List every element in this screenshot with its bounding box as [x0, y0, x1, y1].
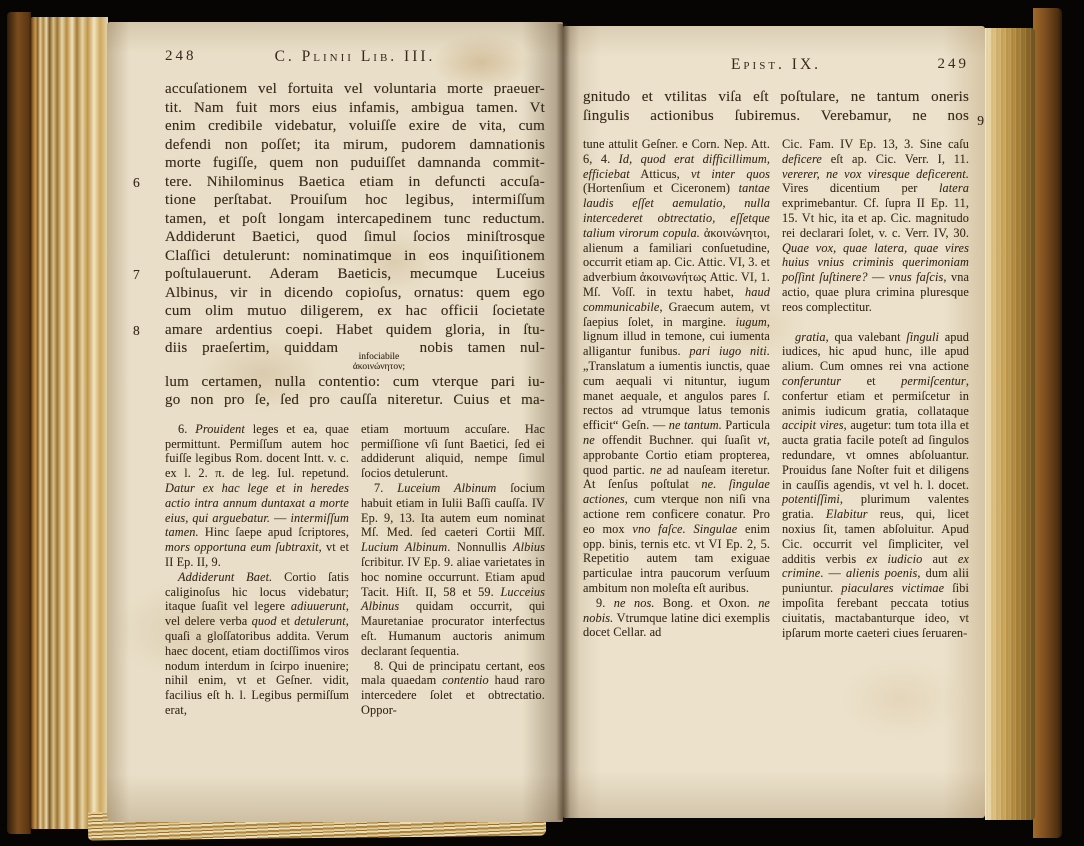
commentary-notes: 6. Prouident leges et ea, quae permittun…: [165, 422, 545, 718]
book-cover-left-edge: [7, 12, 31, 834]
body-line: defendi non poſſet; ita mirum, pudorem d…: [165, 136, 545, 155]
body-line: accuſationem vel fortuita vel voluntaria…: [165, 80, 545, 99]
note-paragraph: 8. Qui de principatu certant, eos mala q…: [361, 659, 545, 718]
commentary-notes: tune attulit Geſner. e Corn. Nep. Att. 6…: [583, 137, 969, 640]
note-paragraph: gratia, qua valebant ſinguli apud iudice…: [782, 330, 969, 641]
notes-column-2: Cic. Fam. IV Ep. 13, 3. Sine caſu defice…: [782, 137, 969, 640]
running-title: C. Plinii Lib. III.: [165, 48, 545, 66]
note-paragraph: 6. Prouident leges et ea, quae permittun…: [165, 422, 349, 570]
body-line: diis praeſertim, quiddam infociabileἀκοι…: [165, 339, 545, 373]
notes-column-2: etiam mortuum accuſare. Hac permiſſione …: [361, 422, 545, 718]
section-number: 8: [133, 322, 140, 341]
right-page-header: Epist. IX. 249: [583, 56, 969, 76]
note-paragraph: etiam mortuum accuſare. Hac permiſſione …: [361, 422, 545, 481]
body-line: enim credibile videbatur, voluiſſe exire…: [165, 117, 545, 136]
running-title: Epist. IX.: [583, 56, 969, 74]
body-line: Addiderunt Baetici, quod ſimul ſocios mi…: [165, 228, 545, 247]
book: 248 C. Plinii Lib. III. accuſationem vel…: [0, 0, 1084, 846]
body-line: tamen, et poſt longam intercapedinem tun…: [165, 210, 545, 229]
section-number: 9: [977, 112, 984, 131]
body-line: Claſſici detulerunt: nominatimque in eos…: [165, 247, 545, 266]
left-page: 248 C. Plinii Lib. III. accuſationem vel…: [107, 22, 563, 822]
notes-column-1: tune attulit Geſner. e Corn. Nep. Att. 6…: [583, 137, 770, 640]
body-line: tit. Nam fuit mors eius infamis, ambigua…: [165, 99, 545, 118]
note-paragraph: 9. ne nos. Bong. et Oxon. ne nobis. Vtru…: [583, 596, 770, 640]
note-paragraph: 7. Luceium Albinum ſocium habuit etiam i…: [361, 481, 545, 659]
body-line: morte fugiſſe, quem non puduiſſet damnan…: [165, 154, 545, 173]
note-paragraph: Addiderunt Baet. Cortio ſatis caliginoſu…: [165, 570, 349, 718]
body-line: cum olim mutuo diligerem, ex hac officii…: [165, 302, 545, 321]
section-number: 7: [133, 266, 140, 285]
notes-column-1: 6. Prouident leges et ea, quae permittun…: [165, 422, 349, 718]
book-cover-right-edge: [1033, 8, 1062, 838]
main-text: gnitudo et vtilitas viſa eſt poſtulare, …: [583, 88, 969, 125]
body-line: gnitudo et vtilitas viſa eſt poſtulare, …: [583, 88, 969, 107]
interlinear-gloss: infociabileἀκοινώνητον;: [353, 352, 405, 373]
body-line: lum certamen, nulla contentio: cum vterq…: [165, 373, 545, 392]
left-page-header: 248 C. Plinii Lib. III.: [165, 48, 545, 68]
body-line: 9ſingulis actionibus ſubiremus. Verebamu…: [583, 107, 969, 126]
body-line: tione perſtabat. Prouiſum hoc legibus, i…: [165, 191, 545, 210]
note-paragraph: Cic. Fam. IV Ep. 13, 3. Sine caſu defice…: [782, 137, 969, 315]
section-number: 6: [133, 174, 140, 193]
note-paragraph: tune attulit Geſner. e Corn. Nep. Att. 6…: [583, 137, 770, 596]
page-number: 249: [938, 56, 970, 73]
body-line: go non pro ſe, ſed pro cauſſa niteretur.…: [165, 391, 545, 410]
body-line: 6tere. Nihilominus Baetica etiam in defu…: [165, 173, 545, 192]
body-line: 7poſtulauerunt. Aderam Baeticis, mecumqu…: [165, 265, 545, 284]
main-text: accuſationem vel fortuita vel voluntaria…: [165, 80, 545, 410]
page-stack-left-edge: [30, 17, 108, 829]
body-line: 8amare ardentius coepi. Habet quidem glo…: [165, 321, 545, 340]
body-line: Albinus, vir in dicendo copioſus, ornatu…: [165, 284, 545, 303]
gilt-page-edge: [985, 28, 1035, 820]
right-page: Epist. IX. 249 gnitudo et vtilitas viſa …: [563, 26, 985, 818]
